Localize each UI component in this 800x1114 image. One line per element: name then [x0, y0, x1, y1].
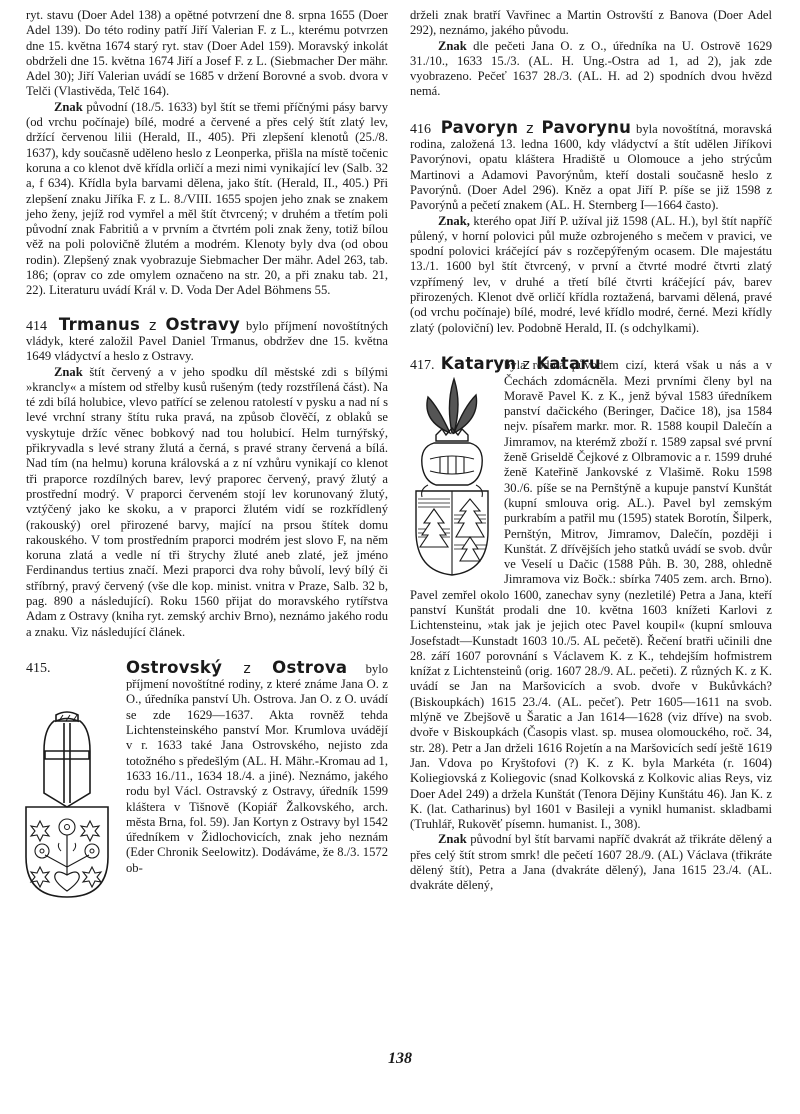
- entry-414-intro: 414 Trmanus z Ostravy bylo příjmení novo…: [26, 317, 388, 365]
- znak-paragraph: Znak původní (18./5. 1633) byl štít se t…: [26, 100, 388, 299]
- coat-of-arms-kataryn: [410, 377, 494, 577]
- znak-label: Znak: [438, 832, 467, 846]
- znak-text: původní (18./5. 1633) byl štít se třemi …: [26, 100, 388, 298]
- entry-title: Pavoryn z Pavorynu: [441, 118, 631, 137]
- entry-title-first: Ostrovský: [126, 658, 222, 677]
- entry-title-first: Trmanus: [59, 315, 140, 334]
- entry-number: 417.: [410, 358, 435, 373]
- book-page: ryt. stavu (Doer Adel 138) a opětné potv…: [0, 0, 800, 1114]
- coat-of-arms-icon: [410, 377, 494, 577]
- page-number: 138: [0, 1050, 800, 1068]
- entry-416-intro: 416 Pavoryn z Pavorynu byla novoštítná, …: [410, 120, 772, 214]
- coat-of-arms-ostrovsky: [18, 681, 116, 899]
- znak-label: Znak: [438, 39, 467, 53]
- entry-number: 414: [26, 319, 47, 334]
- entry-414-znak: Znak štít červený a v jeho spodku díl mě…: [26, 365, 388, 640]
- entry-417-znak: Znak původní byl štít barvami napříč dva…: [410, 832, 772, 893]
- entry-title-z: z: [243, 661, 251, 677]
- entry-title-z: z: [526, 121, 534, 137]
- znak-text: štít červený a v jeho spodku díl městské…: [26, 365, 388, 639]
- entry-title: Ostrovský z Ostrova: [126, 658, 347, 677]
- entry-415: 415.: [26, 660, 388, 876]
- entry-416: 416 Pavoryn z Pavorynu byla novoštítná, …: [410, 120, 772, 336]
- znak-label: Znak,: [438, 214, 470, 228]
- entry-title: Trmanus z Ostravy: [59, 315, 240, 334]
- znak-text: kterého opat Jiří P. užíval již 1598 (AL…: [410, 214, 772, 335]
- continued-paragraph: ryt. stavu (Doer Adel 138) a opětné potv…: [26, 8, 388, 100]
- entry-title-last: Ostrova: [272, 658, 347, 677]
- left-column: ryt. stavu (Doer Adel 138) a opětné potv…: [26, 8, 388, 901]
- znak-label: Znak: [54, 100, 83, 114]
- entry-417: 417. Kataryn z Kataru: [410, 356, 772, 894]
- entry-title-last: Ostravy: [166, 315, 241, 334]
- coat-of-arms-icon: [18, 681, 116, 899]
- entry-416-znak: Znak, kterého opat Jiří P. užíval již 15…: [410, 214, 772, 336]
- right-column: drželi znak bratří Vavřinec a Martin Ost…: [410, 8, 772, 894]
- entry-title-last: Pavorynu: [542, 118, 632, 137]
- continued-paragraph: drželi znak bratří Vavřinec a Martin Ost…: [410, 8, 772, 39]
- entry-414: 414 Trmanus z Ostravy bylo příjmení novo…: [26, 317, 388, 640]
- entry-title-z: z: [149, 318, 157, 334]
- entry-number: 415.: [26, 661, 51, 676]
- entry-number: 416: [410, 122, 431, 137]
- znak-paragraph: Znak dle pečeti Jana O. z O., úředníka n…: [410, 39, 772, 100]
- entry-title-first: Pavoryn: [441, 118, 519, 137]
- znak-label: Znak: [54, 365, 83, 379]
- entry-intro-text: bylo příjmení novoštítné rodiny, z které…: [126, 662, 388, 875]
